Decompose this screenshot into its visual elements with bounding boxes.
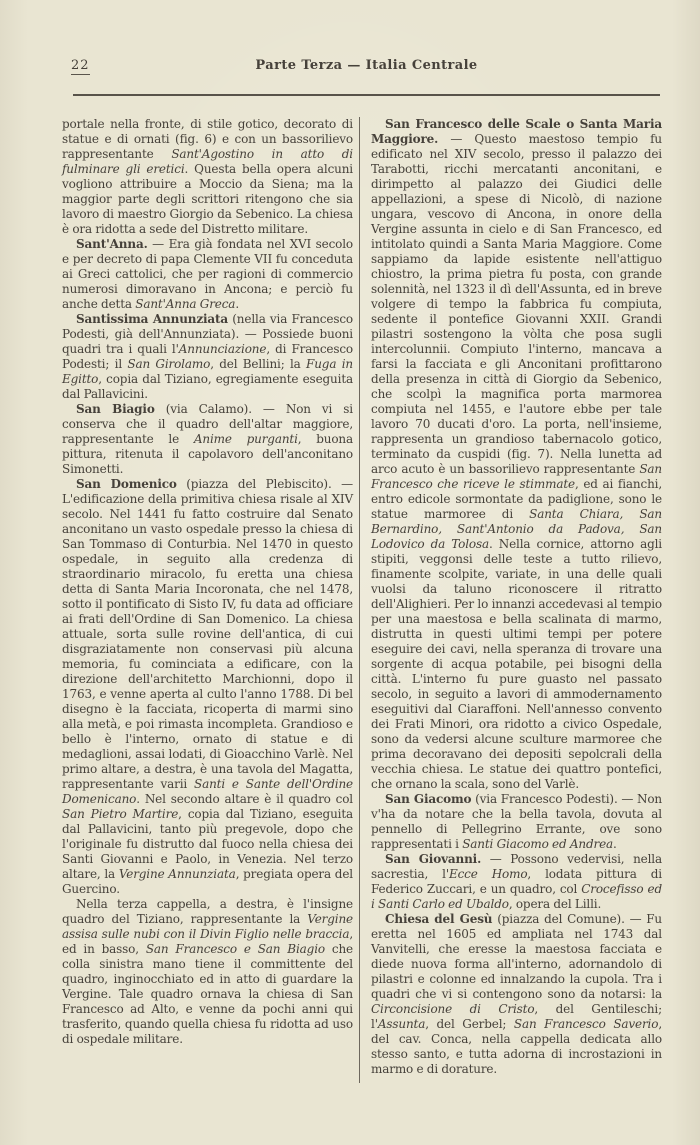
artwork-title: Vergine Annunziata xyxy=(119,867,236,881)
artwork-title: Sant'Anna Greca xyxy=(135,297,235,311)
text-segment: , del Gerbel; xyxy=(425,1017,514,1031)
scanned-book-page: 22 Parte Terza — Italia Centrale portale… xyxy=(0,0,700,1145)
paragraph: Nella terza cappella, a destra, è l'insi… xyxy=(62,897,353,1047)
artwork-title: Ecce Homo xyxy=(449,867,527,881)
text-segment: (piazza del Plebiscito). — L'edificazion… xyxy=(62,477,353,791)
entry-heading: Sant'Anna. xyxy=(76,237,148,251)
artwork-title: Circoncisione di Cristo xyxy=(371,1002,534,1016)
column-divider-rule xyxy=(359,117,360,1083)
entry-heading: San Domenico xyxy=(76,477,177,491)
entry-heading: San Giovanni. xyxy=(385,852,481,866)
text-segment: , opera del Lilli. xyxy=(509,897,601,911)
text-segment: , del Bellini; la xyxy=(210,357,306,371)
column-left: portale nella fronte, di stile gotico, d… xyxy=(62,117,353,1077)
artwork-title: San Francesco e San Biagio xyxy=(146,942,325,956)
paragraph: Santissima Annunziata (nella via Frances… xyxy=(62,312,353,402)
artwork-title: Assunta xyxy=(378,1017,425,1031)
artwork-title: San Pietro Martire xyxy=(62,807,178,821)
paragraph: portale nella fronte, di stile gotico, d… xyxy=(62,117,353,237)
text-segment: che colla sinistra mano tiene il committ… xyxy=(62,942,353,1046)
paragraph: San Domenico (piazza del Plebiscito). — … xyxy=(62,477,353,897)
artwork-title: Santi Giacomo ed Andrea xyxy=(462,837,613,851)
text-segment: . Nella cornice, attorno agli stipiti, v… xyxy=(371,537,662,791)
text-segment: . xyxy=(235,297,239,311)
paragraph: Chiesa del Gesù (piazza del Comune). — F… xyxy=(371,912,662,1077)
entry-heading: San Biagio xyxy=(76,402,155,416)
text-segment: . Nel secondo altare è il quadro col xyxy=(136,792,353,806)
entry-heading: Santissima Annunziata xyxy=(76,312,228,326)
text-segment: . xyxy=(613,837,617,851)
artwork-title: San Girolamo xyxy=(127,357,210,371)
artwork-title: San Francesco Saverio xyxy=(514,1017,658,1031)
text-segment: — Questo maestoso tempio fu edificato ne… xyxy=(371,132,662,476)
entry-heading: Chiesa del Gesù xyxy=(385,912,492,926)
paragraph: Sant'Anna. — Era già fondata nel XVI sec… xyxy=(62,237,353,312)
paragraph: San Giovanni. — Possono vedervisi, nella… xyxy=(371,852,662,912)
artwork-title: Annunciazione xyxy=(179,342,267,356)
paragraph: San Biagio (via Calamo). — Non vi si con… xyxy=(62,402,353,477)
entry-heading: San Giacomo xyxy=(385,792,471,806)
text-segment: , copia dal Tiziano, egregiamente esegui… xyxy=(62,372,353,401)
paragraph: San Francesco delle Scale o Santa Maria … xyxy=(371,117,662,792)
text-columns: portale nella fronte, di stile gotico, d… xyxy=(62,117,662,1077)
artwork-title: Anime purganti xyxy=(194,432,298,446)
header-rule xyxy=(73,94,660,96)
running-title: Parte Terza — Italia Centrale xyxy=(73,58,660,73)
paragraph: San Giacomo (via Francesco Podesti). — N… xyxy=(371,792,662,852)
column-right: San Francesco delle Scale o Santa Maria … xyxy=(371,117,662,1077)
